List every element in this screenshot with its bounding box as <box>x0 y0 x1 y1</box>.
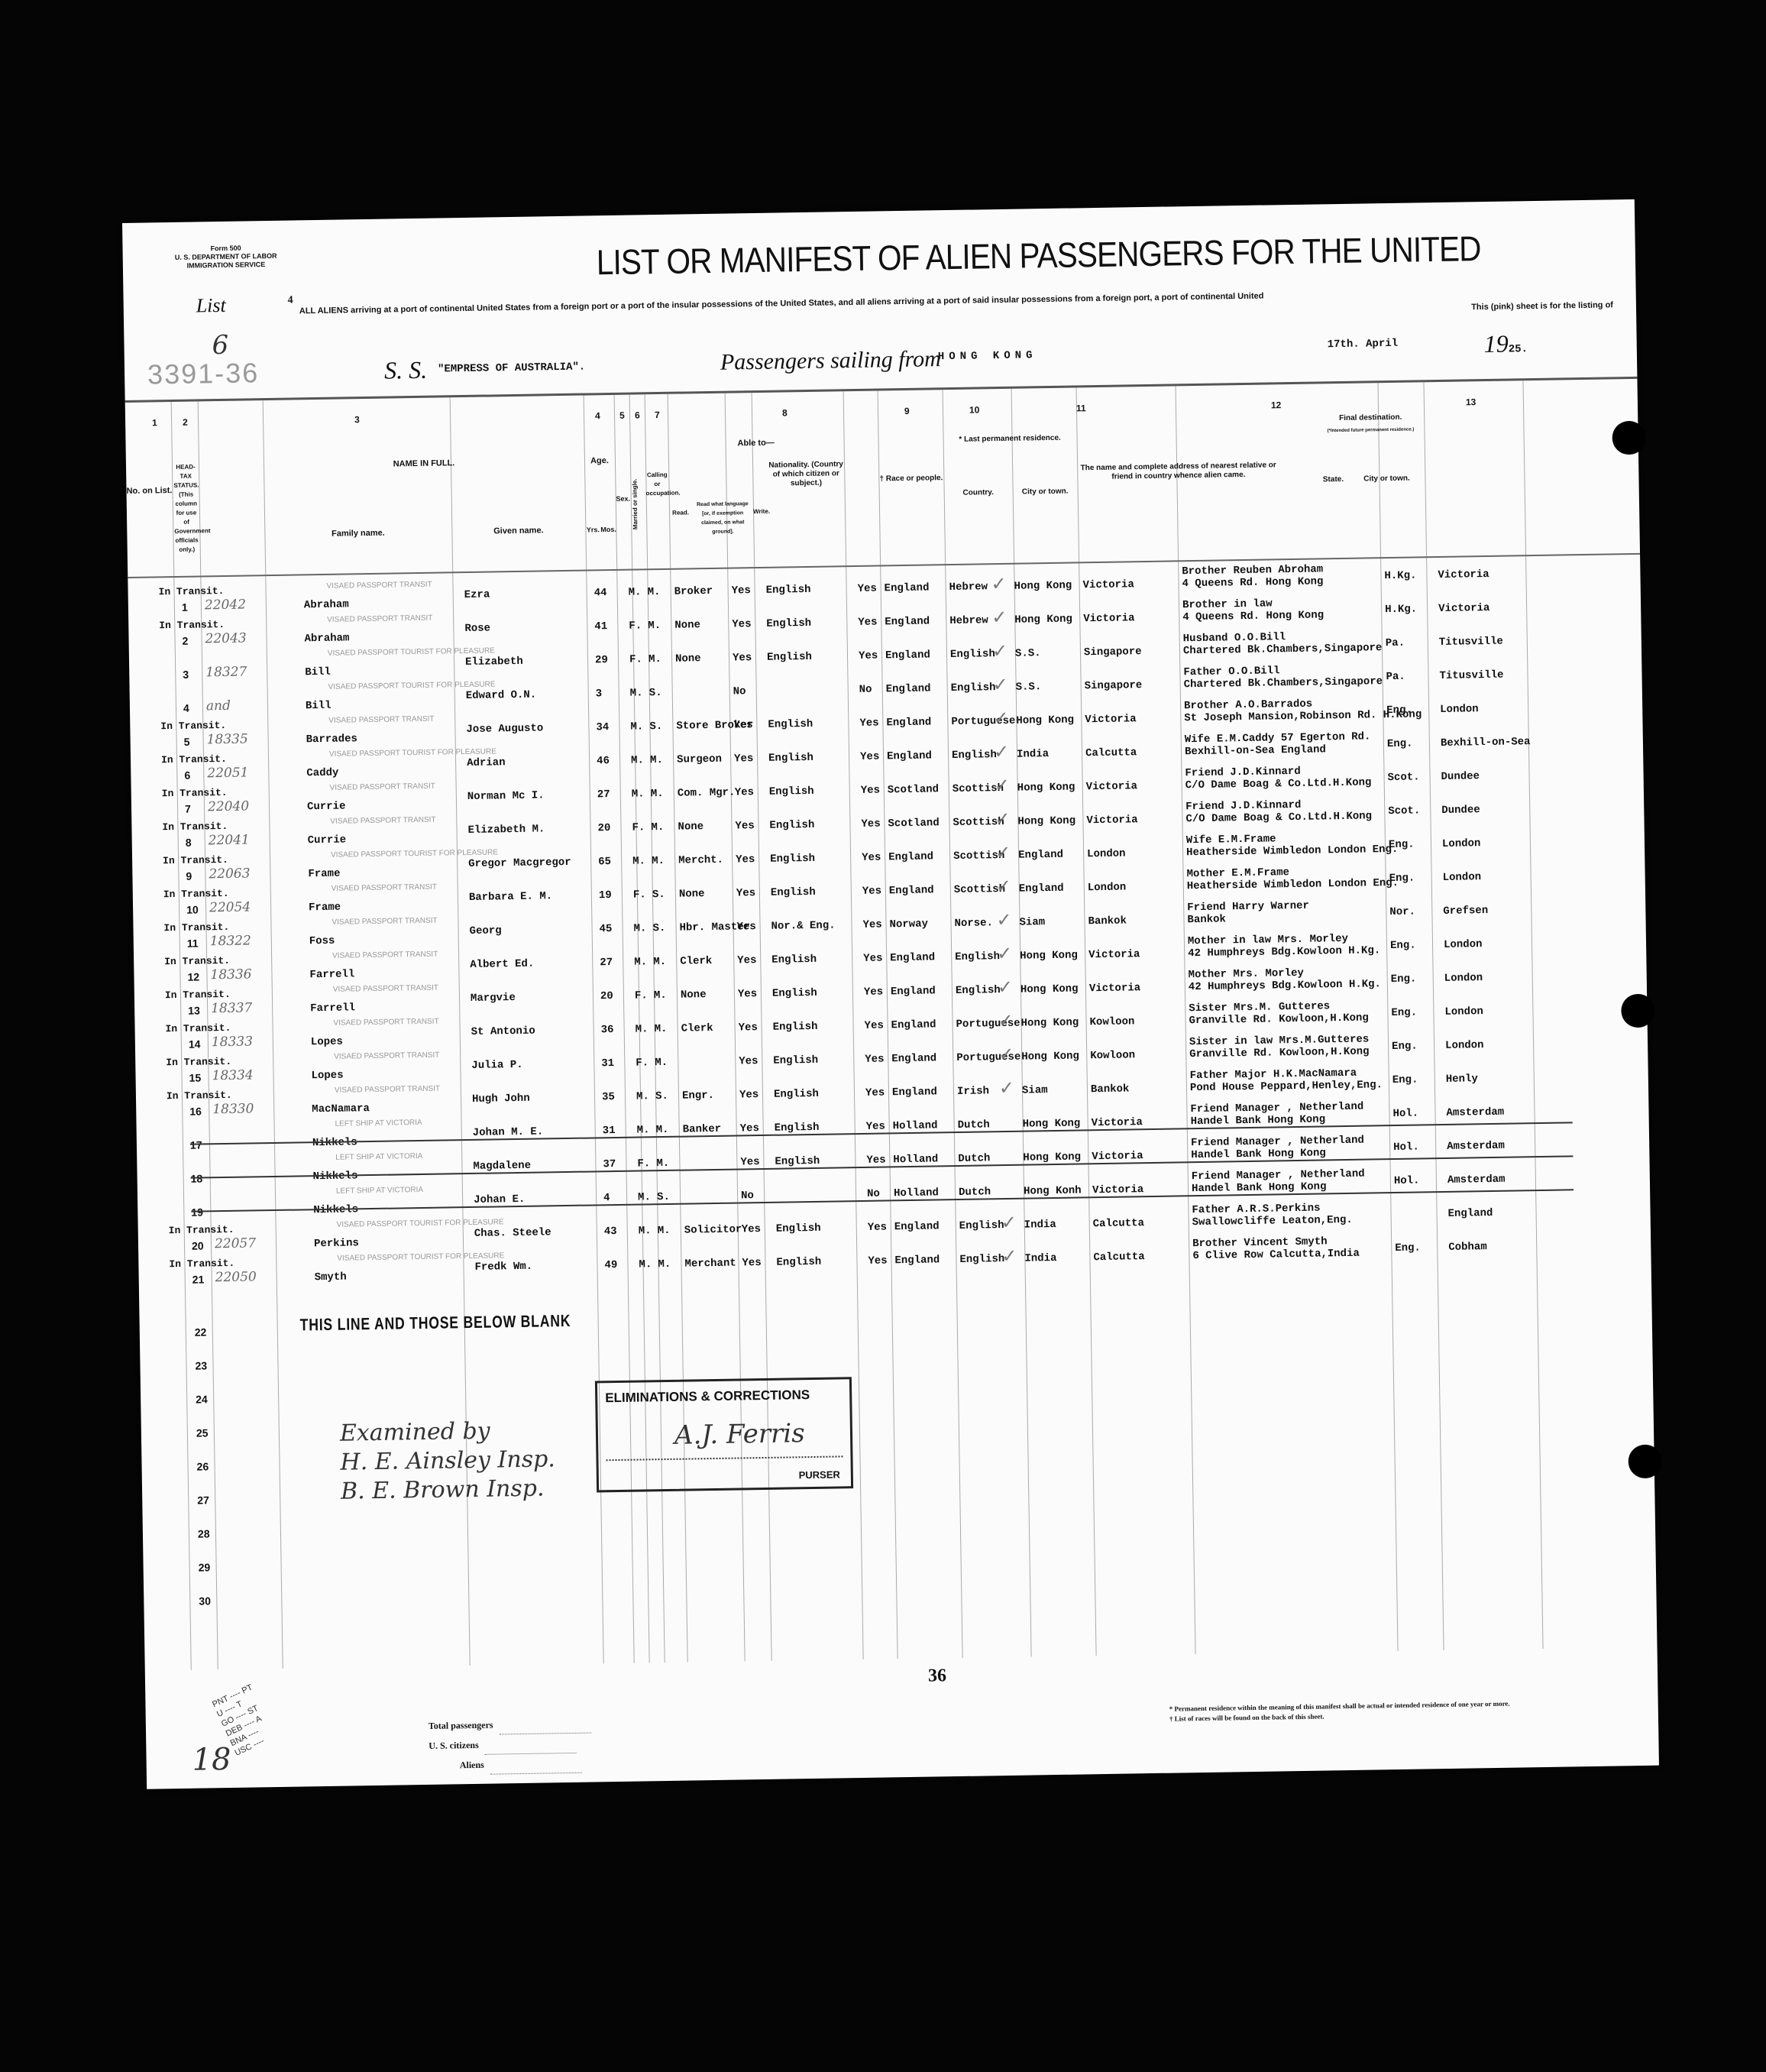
cell-occupation: Solicitor <box>684 1223 742 1236</box>
cell-dest-city: London <box>1445 1039 1484 1052</box>
stamp-title: ELIMINATIONS & CORRECTIONS <box>605 1387 810 1406</box>
passenger-rows: In Transit.122042VISAED PASSPORT TRANSIT… <box>122 199 1635 223</box>
cell-age: 20 <box>600 990 613 1002</box>
cell-visa: VISAED PASSPORT TRANSIT <box>333 984 438 994</box>
cell-country: India <box>1024 1219 1056 1232</box>
cell-given: Rose <box>464 622 490 635</box>
cell-status: In Transit. <box>160 720 226 732</box>
col-num: 7 <box>655 410 660 420</box>
total-passengers-label: Total passengers <box>429 1715 493 1736</box>
cell-state: Hol. <box>1392 1107 1418 1120</box>
cell-marital: M. <box>656 1124 669 1136</box>
cell-race: Norse. <box>954 917 993 930</box>
cell-language: English <box>770 853 815 866</box>
cell-read: Yes <box>735 820 754 832</box>
cell-status: In Transit. <box>169 1258 234 1270</box>
cell-tax: 22057 <box>215 1235 256 1251</box>
form-meta: Form 500 U. S. DEPARTMENT OF LABOR IMMIG… <box>168 244 283 270</box>
cell-no: 12 <box>187 971 199 983</box>
cell-age: 35 <box>602 1091 615 1103</box>
cell-age: 34 <box>596 721 609 733</box>
cell-read: No <box>741 1190 754 1202</box>
checkmark-icon: ✓ <box>995 808 1011 830</box>
cell-language: English <box>773 1054 818 1067</box>
header-state: State. <box>1318 475 1348 485</box>
cell-age: 37 <box>603 1158 616 1170</box>
cell-dest-city: Cobham <box>1448 1241 1487 1254</box>
cell-city: Singapore <box>1084 646 1142 659</box>
cell-age: 46 <box>597 755 610 767</box>
cell-family: Caddy <box>306 767 338 780</box>
cell-given: Norman Mc I. <box>467 789 545 803</box>
cell-sex: M. <box>636 1023 649 1035</box>
cell-given: Fredk Wm. <box>474 1261 532 1274</box>
cell-relative-2: Granville Rd. Kowloon,H.Kong <box>1189 1045 1369 1060</box>
cell-family: Foss <box>309 935 335 948</box>
cell-race: English <box>952 749 997 762</box>
cell-age: 27 <box>597 788 610 801</box>
cell-occupation: Engr. <box>682 1089 714 1102</box>
cell-read: Yes <box>736 887 755 899</box>
cell-family: Nikkels <box>313 1203 358 1216</box>
cell-write: Yes <box>864 986 883 998</box>
cell-tax: 22043 <box>205 631 246 647</box>
cell-city: Singapore <box>1085 679 1143 692</box>
cell-sex: M. <box>632 788 645 800</box>
cell-dest-city: London <box>1444 938 1483 951</box>
cell-language: English <box>771 886 816 899</box>
cell-country: Hong Kong <box>1014 614 1072 626</box>
cell-language: English <box>775 1122 820 1135</box>
checkmark-icon: ✓ <box>995 842 1011 863</box>
cell-state: Eng. <box>1395 1242 1421 1255</box>
header-read-language: Read what language [or, if exemption cla… <box>692 500 754 537</box>
cell-nationality: England <box>888 850 933 863</box>
cell-occupation: None <box>678 821 703 834</box>
inspector-1: H. E. Ainsley Insp. <box>340 1445 555 1477</box>
cell-city: Victoria <box>1092 1116 1143 1129</box>
cell-marital: M. <box>650 754 663 766</box>
cell-write: Yes <box>859 650 878 662</box>
cell-marital: S. <box>655 1090 668 1102</box>
cell-given: Chas. Steele <box>474 1226 551 1240</box>
cell-family: Barrades <box>306 733 357 746</box>
cell-visa: VISAED PASSPORT TRANSIT <box>333 1018 438 1028</box>
cell-dest-city: Amsterdam <box>1447 1174 1506 1187</box>
cell-marital: M. <box>655 1023 668 1035</box>
cell-nationality: Holland <box>893 1119 938 1132</box>
cell-given: Jose Augusto <box>466 722 543 736</box>
cell-dest-city: Victoria <box>1438 602 1489 615</box>
inspector-2: B. E. Brown Insp. <box>341 1474 556 1506</box>
cell-relative-2: Heatherside Wimbledon London Eng. <box>1187 877 1399 892</box>
cell-age: 65 <box>598 856 611 868</box>
cell-relative-1: Father O.O.Bill <box>1183 665 1279 678</box>
cell-family: Farrell <box>309 968 354 981</box>
cell-occupation: Clerk <box>681 1022 713 1035</box>
cell-family: Lopes <box>311 1036 343 1049</box>
cell-visa: LEFT SHIP AT VICTORIA <box>336 1186 423 1196</box>
cell-read: Yes <box>742 1223 761 1235</box>
code: A <box>254 1714 264 1724</box>
cell-read: Yes <box>735 786 754 798</box>
cell-family: Currie <box>307 801 346 814</box>
cell-nationality: England <box>885 649 930 662</box>
cell-sex: M. <box>636 1090 649 1102</box>
cell-language: English <box>768 752 813 765</box>
cell-dest-city: England <box>1447 1207 1493 1220</box>
cell-age: 29 <box>595 654 608 666</box>
cell-city: Victoria <box>1092 1183 1143 1196</box>
cell-no: 1 <box>182 601 188 614</box>
cell-status: In Transit. <box>162 787 228 799</box>
ship-name: "EMPRESS OF AUSTRALIA". <box>438 361 585 376</box>
cell-occupation: None <box>675 652 701 665</box>
cell-read: Yes <box>739 1021 758 1034</box>
cell-city: Victoria <box>1082 578 1134 591</box>
cell-city: London <box>1087 847 1126 860</box>
cell-tax: 18337 <box>211 1000 252 1016</box>
cell-read: Yes <box>733 652 752 664</box>
cell-state: Scot. <box>1387 771 1419 784</box>
cell-city: Bankok <box>1088 915 1127 928</box>
sailing-label: Passengers sailing from <box>720 346 941 376</box>
cell-city: Victoria <box>1089 982 1140 995</box>
cell-marital: S. <box>652 889 665 901</box>
cell-read: Yes <box>734 753 753 765</box>
cell-status: In Transit. <box>163 921 229 934</box>
cell-city: Bankok <box>1091 1083 1130 1096</box>
cell-visa: VISAED PASSPORT TRANSIT <box>328 715 434 725</box>
cell-nationality: England <box>891 985 936 998</box>
cell-family: MacNamara <box>312 1102 370 1115</box>
cell-city: Kowloon <box>1090 1049 1135 1062</box>
cell-given: Hugh John <box>472 1093 530 1106</box>
cell-no: 21 <box>192 1273 205 1285</box>
cell-relative-2: 42 Humphreys Bdg.Kowloon H.Kg. <box>1189 978 1381 993</box>
cell-country: Hong Kong <box>1023 1151 1081 1164</box>
cell-relative-2: Bexhill-on-Sea England <box>1185 743 1326 758</box>
cell-nationality: England <box>891 1018 936 1031</box>
cell-occupation: Clerk <box>680 955 712 968</box>
cell-race: English <box>951 681 996 694</box>
list-value: 4 <box>287 295 293 307</box>
cell-language: English <box>773 1021 818 1034</box>
cell-dest-city: Victoria <box>1438 568 1489 581</box>
cell-city: Calcutta <box>1085 746 1137 759</box>
checkmark-icon: ✓ <box>994 775 1010 796</box>
header-dest-city: City or town. <box>1348 474 1425 484</box>
cell-city: Calcutta <box>1093 1251 1144 1264</box>
cell-race: English <box>959 1219 1004 1232</box>
cell-family: Bill <box>305 666 331 679</box>
cell-tax: 22050 <box>215 1269 257 1285</box>
cell-dest-city: London <box>1444 1005 1483 1018</box>
header-given-name: Given name. <box>451 526 585 537</box>
cell-marital: M. <box>648 586 661 598</box>
cell-no: 6 <box>184 769 190 782</box>
cell-no: 17 <box>190 1139 202 1151</box>
purser-signature: A.J. Ferris <box>674 1418 805 1451</box>
cell-relative-2: 4 Queens Rd. Hong Kong <box>1182 609 1324 623</box>
col-num: 6 <box>635 410 640 420</box>
cell-city: Victoria <box>1086 780 1137 793</box>
cell-marital: M. <box>652 855 665 867</box>
cell-state: Eng. <box>1387 738 1413 751</box>
checkmark-icon: ✓ <box>996 876 1012 897</box>
cell-read: Yes <box>736 921 755 933</box>
cell-state: Pa. <box>1386 637 1405 649</box>
cell-occupation: Banker <box>683 1123 722 1136</box>
cell-dest-city: London <box>1440 703 1479 716</box>
cell-no: 10 <box>186 904 199 916</box>
page-number: 36 <box>928 1666 946 1686</box>
cell-state: H.Kg. <box>1384 569 1416 582</box>
cell-nationality: Holland <box>893 1153 938 1166</box>
cell-nationality: Scotland <box>888 783 939 796</box>
cell-visa: VISAED PASSPORT TRANSIT <box>330 782 435 792</box>
cell-given: Barbara E. M. <box>469 890 552 904</box>
cell-relative-1: Friend Harry Warner <box>1187 900 1309 915</box>
cell-language: English <box>776 1222 821 1235</box>
cell-occupation: None <box>679 888 705 901</box>
cell-tax: 22041 <box>209 832 250 848</box>
aliens-label: Aliens <box>460 1755 484 1775</box>
cell-age: 27 <box>600 957 613 969</box>
cell-country: Hong Kong <box>1021 1050 1079 1063</box>
cell-language: English <box>771 953 817 966</box>
cell-status: In Transit. <box>165 1022 231 1034</box>
cell-age: 44 <box>594 587 607 599</box>
cell-read: Yes <box>737 954 756 966</box>
cell-given: Julia P. <box>471 1059 522 1072</box>
cell-no: 15 <box>189 1072 201 1084</box>
cell-language: English <box>769 819 814 832</box>
cell-family: Abraham <box>304 598 349 611</box>
cell-given: Elizabeth M. <box>467 823 545 837</box>
cell-visa: VISAED PASSPORT TRANSIT <box>330 816 435 826</box>
cell-nationality: England <box>886 682 931 695</box>
purser-label: PURSER <box>799 1468 840 1481</box>
cell-family: Frame <box>308 868 340 881</box>
cell-marital: M. <box>658 1225 671 1237</box>
cell-read: Yes <box>740 1156 759 1168</box>
cell-dest-city: Titusville <box>1439 636 1503 649</box>
cell-relative-1: Brother in law <box>1182 597 1273 611</box>
cell-country: India <box>1024 1252 1056 1265</box>
col-num: 5 <box>619 410 625 421</box>
cell-read: Yes <box>738 988 757 1000</box>
cell-no: 19 <box>191 1206 203 1218</box>
cell-language: English <box>767 651 812 664</box>
cell-marital: M. <box>653 956 666 968</box>
line-number: 25 <box>196 1426 209 1439</box>
cell-given: Johan E. <box>474 1193 525 1206</box>
cell-city: Victoria <box>1088 948 1140 961</box>
cell-write: Yes <box>858 583 877 595</box>
cell-visa: VISAED PASSPORT TRANSIT <box>327 614 432 624</box>
cell-no: 4 <box>183 702 189 714</box>
cell-sex: M. <box>630 720 643 733</box>
cell-city: Victoria <box>1092 1150 1143 1163</box>
cell-age: 31 <box>603 1125 616 1137</box>
cell-nationality: England <box>889 884 934 897</box>
header-final-dest-note: (*Intended future permanent residence.) <box>1317 425 1424 435</box>
cell-country: Hong Kong <box>1020 1016 1079 1029</box>
cell-race: English <box>956 984 1001 997</box>
margin-handwritten: 18 <box>192 1742 231 1778</box>
list-label: List <box>196 294 225 318</box>
cell-sex: M. <box>629 586 642 598</box>
cell-language: English <box>776 1256 821 1269</box>
cell-sex: F. <box>629 653 642 665</box>
header-able-to: Able to— <box>668 437 844 449</box>
cell-occupation: None <box>681 989 707 1002</box>
cell-city: Calcutta <box>1093 1217 1144 1230</box>
cell-tax: 18333 <box>212 1034 253 1050</box>
cell-read: Yes <box>732 584 751 597</box>
col-num: 4 <box>595 410 600 421</box>
cell-family: Lopes <box>311 1070 343 1083</box>
port-of-departure: HONG KONG <box>938 349 1037 363</box>
cell-marital: S. <box>652 922 665 934</box>
cell-relative-2: Handel Bank Hong Kong <box>1191 1113 1326 1128</box>
cell-relative-2: Chartered Bk.Chambers,Singapore <box>1183 642 1383 657</box>
cell-marital: M. <box>651 788 664 800</box>
cell-no: 16 <box>189 1106 202 1118</box>
cell-read: Yes <box>736 853 755 866</box>
cell-status: In Transit. <box>164 955 230 967</box>
cell-marital: M. <box>654 989 667 1002</box>
cell-country: Hong Kong <box>1016 714 1074 727</box>
cell-city: London <box>1088 881 1127 894</box>
cell-family: Farrell <box>310 1002 355 1015</box>
cell-relative-2: Heatherside Wimbledon London Eng. <box>1186 843 1398 859</box>
cell-no: 20 <box>192 1239 204 1251</box>
cell-read: Yes <box>739 1055 758 1067</box>
cell-status: In Transit. <box>169 1224 234 1236</box>
cell-language: English <box>769 785 814 798</box>
cell-tax: 18322 <box>210 933 251 949</box>
cell-language: English <box>775 1155 820 1168</box>
line-number: 27 <box>197 1494 209 1506</box>
cell-read: No <box>733 685 746 698</box>
cell-status: In Transit. <box>163 854 228 866</box>
cell-status: In Transit. <box>165 989 231 1001</box>
cell-state: Nor. <box>1389 906 1415 919</box>
cell-family: Frame <box>309 902 341 915</box>
cell-sex: M. <box>638 1191 651 1203</box>
cell-sex: F. <box>633 889 646 901</box>
cell-race: Hebrew <box>949 614 988 627</box>
header-no-on-list: No. on List. <box>126 486 172 496</box>
cell-language: English <box>766 584 811 597</box>
cell-write: Yes <box>865 1053 884 1065</box>
cell-race: Dutch <box>958 1152 990 1165</box>
checkmark-icon: ✓ <box>991 573 1007 594</box>
cell-nationality: England <box>892 1086 937 1099</box>
cell-dest-city: London <box>1444 972 1483 985</box>
cell-given: Georg <box>469 924 501 937</box>
cell-city: Victoria <box>1085 713 1136 726</box>
cell-language: English <box>768 718 813 731</box>
cell-read: Yes <box>733 719 752 731</box>
cell-family: Perkins <box>314 1237 359 1250</box>
line-number: 24 <box>196 1393 208 1405</box>
cell-language: English <box>772 987 817 1000</box>
cell-dest-city: London <box>1442 837 1481 850</box>
cell-sex: F. <box>632 821 645 834</box>
cell-given: Elizabeth <box>465 656 523 669</box>
cell-relative-1: Friend Manager , Netherland <box>1192 1168 1365 1183</box>
cell-sex: M. <box>639 1258 652 1271</box>
cell-tax: 22051 <box>207 765 248 781</box>
manifest-sheet: Form 500 U. S. DEPARTMENT OF LABOR IMMIG… <box>122 199 1659 1789</box>
cell-marital: M. <box>658 1258 671 1271</box>
cell-family: Abraham <box>304 632 349 645</box>
cell-marital: S. <box>649 687 662 699</box>
cell-occupation: Broker <box>674 585 713 598</box>
cell-race: English <box>955 950 1000 963</box>
cell-tax: 22063 <box>209 866 250 882</box>
checkmark-icon: ✓ <box>994 741 1010 762</box>
checkmark-icon: ✓ <box>998 976 1014 998</box>
cell-no: 5 <box>184 736 190 748</box>
header-relative: The name and complete address of nearest… <box>1077 461 1279 482</box>
cell-country: Siam <box>1019 916 1045 929</box>
cell-visa: VISAED PASSPORT TRANSIT <box>332 917 437 927</box>
cell-occupation: Mercht. <box>678 854 723 867</box>
cell-visa: VISAED PASSPORT TRANSIT <box>332 883 437 893</box>
cell-status: In Transit. <box>166 1056 231 1068</box>
cell-sex: M. <box>637 1124 650 1136</box>
cell-sex: M. <box>632 855 645 867</box>
header-final-destination: Final destination. <box>1317 413 1424 423</box>
cell-country: India <box>1017 748 1049 761</box>
cell-race: Dutch <box>959 1186 991 1199</box>
line-number: 29 <box>199 1561 211 1573</box>
cell-given: Albert Ed. <box>470 958 534 971</box>
col-num: 2 <box>183 417 188 428</box>
cell-given: Edward O.N. <box>466 689 537 702</box>
examined-by-label: Examined by <box>340 1416 555 1448</box>
line-number: 28 <box>198 1527 210 1539</box>
cell-family: Currie <box>308 834 347 847</box>
cell-state: Eng. <box>1392 1073 1418 1086</box>
cell-visa: VISAED PASSPORT TRANSIT <box>335 1085 440 1095</box>
cell-state: H.Kg. <box>1385 603 1417 616</box>
cell-family: Smyth <box>315 1271 347 1284</box>
cell-city: Kowloon <box>1089 1015 1134 1028</box>
cell-nationality: England <box>885 615 930 628</box>
cell-tax: 22042 <box>205 597 246 614</box>
cell-relative-2: Handel Bank Hong Kong <box>1192 1180 1327 1195</box>
cell-no: 18 <box>191 1173 203 1185</box>
cell-sex: F. <box>629 620 642 632</box>
cell-relative-1: Wife E.M.Caddy 57 Egerton Rd. <box>1185 730 1371 746</box>
header-age: Age. <box>584 456 615 466</box>
cell-tax: 18330 <box>212 1101 254 1117</box>
cell-relative-1: Friend Manager , Netherland <box>1191 1135 1364 1150</box>
col-num: 8 <box>782 407 788 418</box>
cell-family: Bill <box>306 700 332 713</box>
sailing-date: 17th. April <box>1328 338 1399 351</box>
cell-sex: M. <box>639 1225 652 1237</box>
checkmark-icon: ✓ <box>992 640 1008 662</box>
cell-status: In Transit. <box>158 585 224 597</box>
cell-relative-1: Friend Manager , Netherland <box>1190 1101 1363 1116</box>
cell-marital: S. <box>649 720 662 733</box>
